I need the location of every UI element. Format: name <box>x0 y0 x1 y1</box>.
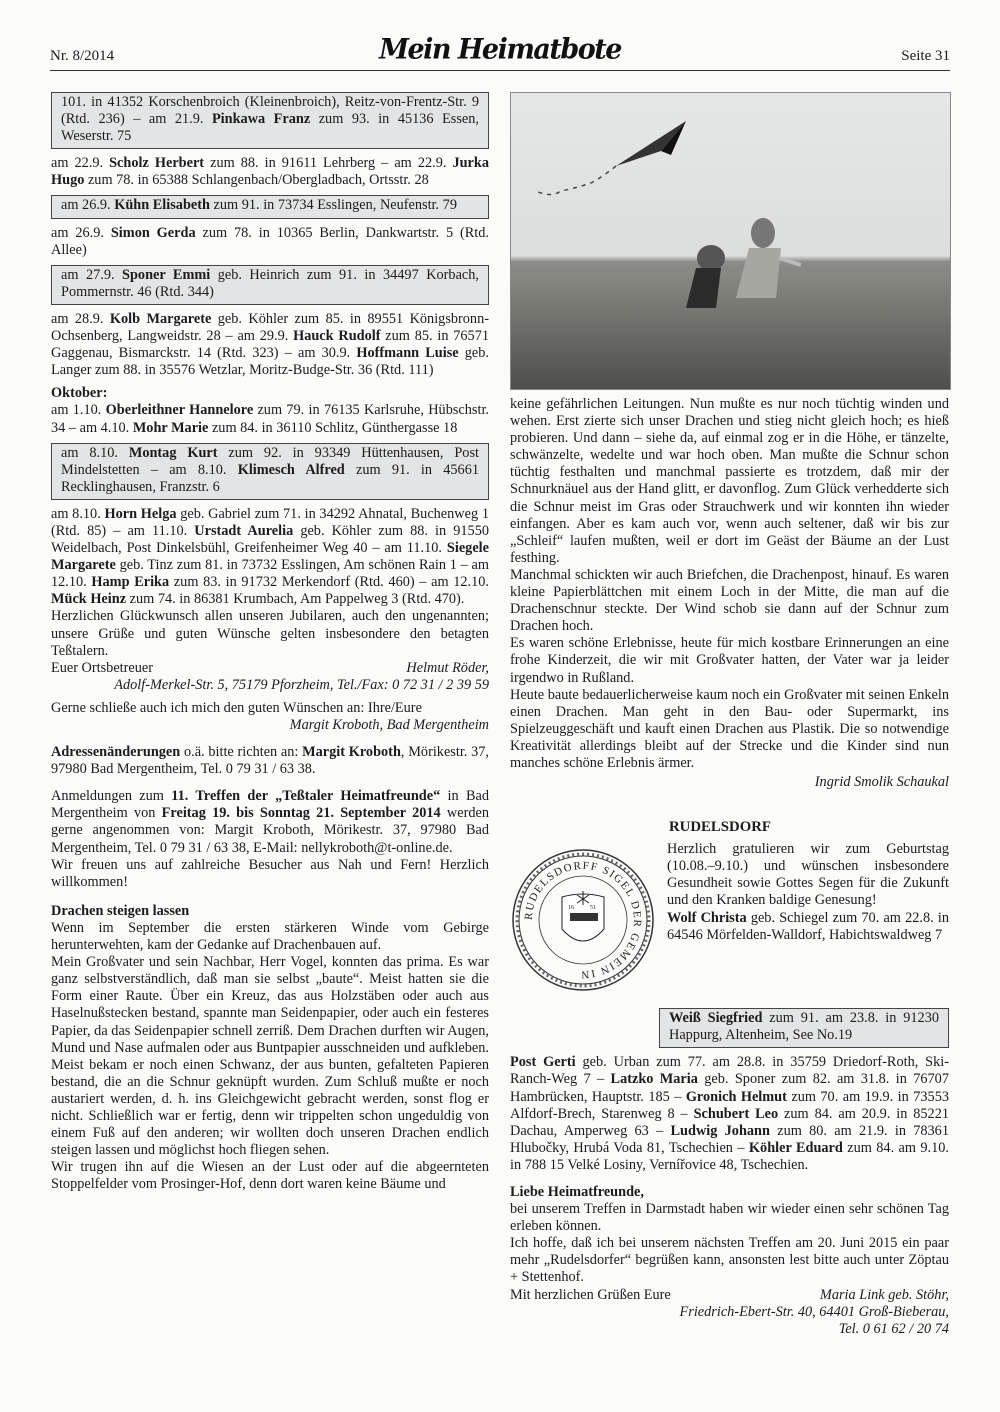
welcome-text: Wir freuen uns auf zahlreiche Besucher a… <box>51 857 489 891</box>
left-column: 101. in 41352 Korschenbroich (Kleinenbro… <box>51 92 489 1193</box>
article-paragraph: Wir trugen ihn auf die Wiesen an der Lus… <box>51 1159 489 1193</box>
section-heading-rudelsdorf: RUDELSDORF <box>669 819 771 836</box>
page-number: Seite 31 <box>901 48 950 65</box>
signature-kroboth: Margit Kroboth, Bad Mergentheim <box>51 717 489 734</box>
article-paragraph: Es waren schöne Erlebnisse, heute für mi… <box>510 635 949 686</box>
signature-phone: Tel. 0 61 62 / 20 74 <box>510 1321 949 1338</box>
jubilar-name: Pinkawa Franz <box>212 111 310 127</box>
kite-photo-illustration <box>511 93 950 389</box>
birthday-entry: am 22.9. Scholz Herbert zum 88. in 91611… <box>51 155 489 189</box>
rudelsdorf-intro: Herzlich gratulieren wir zum Geburtstag … <box>667 841 949 944</box>
birthday-entry: Wolf Christa geb. Schiegel zum 70. am 22… <box>667 910 949 944</box>
address-change-notice: Adressenänderungen o.ä. bitte richten an… <box>51 744 489 778</box>
letter-paragraph: bei unserem Treffen in Darmstadt haben w… <box>510 1201 949 1235</box>
highlight-box-kuehn: am 26.9. Kühn Elisabeth zum 91. in 73734… <box>51 195 489 218</box>
highlight-box-sponer: am 27.9. Sponer Emmi geb. Heinrich zum 9… <box>51 265 489 305</box>
article-author: Ingrid Smolik Schaukal <box>510 774 949 791</box>
letter-salutation: Liebe Heimatfreunde, <box>510 1184 949 1201</box>
highlight-box-pinkawa: 101. in 41352 Korschenbroich (Kleinenbro… <box>51 92 489 149</box>
birthday-entry: am 1.10. Oberleithner Hannelore zum 79. … <box>51 402 489 436</box>
rudelsdorf-seal-icon: RUDELSDORFF SIGEL DER GEMEIN IN 16 51 <box>510 847 656 993</box>
birthday-list-rudelsdorf: Post Gerti geb. Urban zum 77. am 28.8. i… <box>510 1054 949 1174</box>
birthday-entry: am 28.9. Kolb Margarete geb. Köhler zum … <box>51 311 489 379</box>
article-continuation: keine gefährlichen Leitungen. Nun mußte … <box>510 396 949 791</box>
section-heading-oktober: Oktober: <box>51 385 489 402</box>
rudelsdorf-section: RUDELSDORF RUDELSDORFF SIGEL DER GEMEIN … <box>510 819 949 1004</box>
highlight-box-weiss: Weiß Siegfried zum 91. am 23.8. in 91230… <box>659 1008 949 1048</box>
letter-paragraph: Ich hoffe, daß ich bei unserem nächsten … <box>510 1235 949 1286</box>
kite-photo <box>510 92 951 390</box>
article-paragraph: Mein Großvater und sein Nachbar, Herr Vo… <box>51 954 489 1159</box>
svg-text:51: 51 <box>590 905 596 911</box>
signature-ortsbetreuer: Euer Ortsbetreuer Helmut Röder, <box>51 660 489 677</box>
highlight-box-montag: am 8.10. Montag Kurt zum 92. in 93349 Hü… <box>51 443 489 500</box>
article-title: Drachen steigen lassen <box>51 903 489 920</box>
signature-address: Friedrich-Ebert-Str. 40, 64401 Groß-Bieb… <box>510 1304 949 1321</box>
signature-name: Helmut Röder, <box>406 660 489 677</box>
right-column: keine gefährlichen Leitungen. Nun mußte … <box>510 92 949 1338</box>
masthead-logo: Mein Heimatbote <box>50 33 950 66</box>
letter-signature: Mit herzlichen Grüßen Eure Maria Link ge… <box>510 1287 949 1304</box>
article-paragraph: Heute baute bedauerlicherweise kaum noch… <box>510 687 949 772</box>
birthday-entry: am 8.10. Horn Helga geb. Gabriel zum 71.… <box>51 506 489 609</box>
signature-name: Maria Link geb. Stöhr, <box>820 1287 949 1304</box>
signature-address: Adolf-Merkel-Str. 5, 75179 Pforzheim, Te… <box>51 677 489 694</box>
article-paragraph: Wenn im September die ersten stärkeren W… <box>51 920 489 954</box>
page-header: Nr. 8/2014 Mein Heimatbote Seite 31 <box>50 38 950 71</box>
registration-notice: Anmeldungen zum 11. Treffen der „Teßtale… <box>51 788 489 856</box>
second-greeting: Gerne schließe auch ich mich den guten W… <box>51 700 489 717</box>
svg-text:16: 16 <box>568 905 574 911</box>
article-paragraph: Manchmal schickten wir auch Briefchen, d… <box>510 567 949 635</box>
birthday-entry: am 26.9. Simon Gerda zum 78. in 10365 Be… <box>51 225 489 259</box>
greeting-text: Herzlichen Glückwunsch allen unseren Jub… <box>51 608 489 659</box>
article-paragraph: keine gefährlichen Leitungen. Nun mußte … <box>510 396 949 567</box>
